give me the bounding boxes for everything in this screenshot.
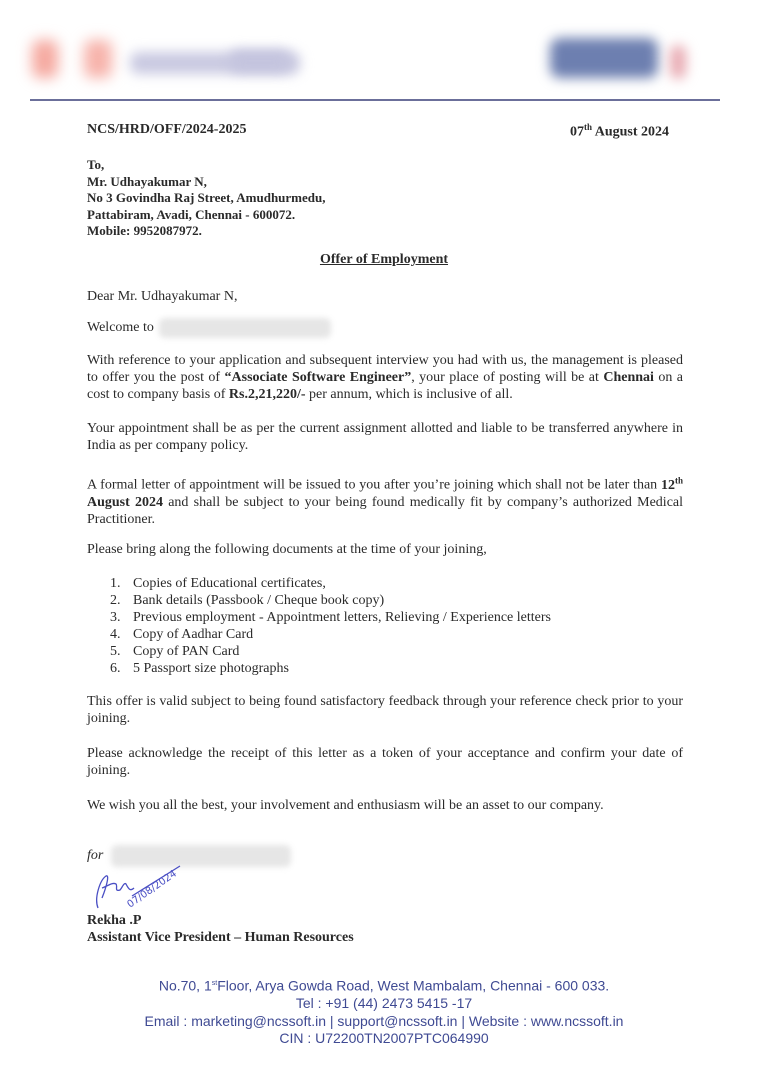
reference-number: NCS/HRD/OFF/2024-2025 [87,122,246,138]
company-name-redacted [159,318,331,338]
signer-name: Rekha .P [87,912,354,929]
list-number: 2. [110,592,133,609]
documents-intro: Please bring along the following documen… [87,541,683,558]
list-text: Bank details (Passbook / Cheque book cop… [133,592,384,609]
footer-address: No.70, 1stFloor, Arya Gowda Road, West M… [0,975,768,995]
list-number: 3. [110,609,133,626]
posting-location: Chennai [603,370,654,385]
to-label: To, [87,157,325,174]
letter-date: 07th August 2024 [570,122,669,141]
letterhead-divider [30,99,720,101]
footer-contact: Email : marketing@ncssoft.in | support@n… [0,1013,768,1031]
welcome-prefix: Welcome to [87,320,154,335]
certification-badge-redacted [550,38,658,78]
appointment-text: A formal letter of appointment will be i… [87,478,661,493]
recipient-mobile: Mobile: 9952087972. [87,223,325,240]
list-number: 4. [110,626,133,643]
job-position: “Associate Software Engineer” [225,370,412,385]
offer-text: , your place of posting will be at [411,370,603,385]
list-item: 2.Bank details (Passbook / Cheque book c… [110,592,551,609]
list-number: 6. [110,660,133,677]
letter-subject: Offer of Employment [0,252,768,268]
date-month-year: August 2024 [592,125,669,140]
acknowledge-paragraph: Please acknowledge the receipt of this l… [87,745,683,779]
documents-list: 1.Copies of Educational certificates, 2.… [110,575,551,677]
deadline-suffix: th [675,475,683,485]
handwritten-signature: 07/08/2024 [86,858,196,918]
address-line-2: Pattabiram, Avadi, Chennai - 600072. [87,207,325,224]
date-suffix: th [584,122,592,132]
list-item: 6.5 Passport size photographs [110,660,551,677]
appointment-paragraph: A formal letter of appointment will be i… [87,472,683,528]
welcome-line: Welcome to [87,318,683,338]
list-item: 5.Copy of PAN Card [110,643,551,660]
company-name-redacted-part [230,50,290,72]
list-text: Copies of Educational certificates, [133,575,326,592]
ctc-amount: Rs.2,21,220/- [229,387,306,402]
footer-cin: CIN : U72200TN2007PTC064990 [0,1030,768,1048]
validity-paragraph: This offer is valid subject to being fou… [87,693,683,727]
list-item: 1.Copies of Educational certificates, [110,575,551,592]
letterhead [0,0,768,110]
date-day: 07 [570,125,584,140]
list-number: 1. [110,575,133,592]
list-text: Previous employment - Appointment letter… [133,609,551,626]
offer-text: per annum, which is inclusive of all. [306,387,513,402]
company-logo-mark-secondary [84,40,112,78]
signature-date: 07/08/2024 [125,868,179,910]
list-text: 5 Passport size photographs [133,660,289,677]
badge-accent-redacted [670,45,686,79]
footer-telephone: Tel : +91 (44) 2473 5415 -17 [0,995,768,1013]
letterhead-footer: No.70, 1stFloor, Arya Gowda Road, West M… [0,975,768,1048]
list-text: Copy of Aadhar Card [133,626,253,643]
recipient-address: To, Mr. Udhayakumar N, No 3 Govindha Raj… [87,157,325,240]
signer-title: Assistant Vice President – Human Resourc… [87,929,354,946]
list-number: 5. [110,643,133,660]
list-text: Copy of PAN Card [133,643,239,660]
closing-paragraph: We wish you all the best, your involveme… [87,797,683,814]
address-part: No.70, 1 [159,978,212,994]
address-part: Floor, Arya Gowda Road, West Mambalam, C… [217,978,609,994]
list-item: 4.Copy of Aadhar Card [110,626,551,643]
offer-paragraph: With reference to your application and s… [87,352,683,403]
deadline-day: 12 [661,478,675,493]
recipient-name: Mr. Udhayakumar N, [87,174,325,191]
transfer-paragraph: Your appointment shall be as per the cur… [87,420,683,454]
signer-block: Rekha .P Assistant Vice President – Huma… [87,912,354,946]
company-logo-mark [32,40,58,78]
greeting: Dear Mr. Udhayakumar N, [87,288,683,305]
deadline-month-year: August 2024 [87,495,163,510]
address-line-1: No 3 Govindha Raj Street, Amudhurmedu, [87,190,325,207]
list-item: 3.Previous employment - Appointment lett… [110,609,551,626]
appointment-text: and shall be subject to your being found… [87,495,683,527]
